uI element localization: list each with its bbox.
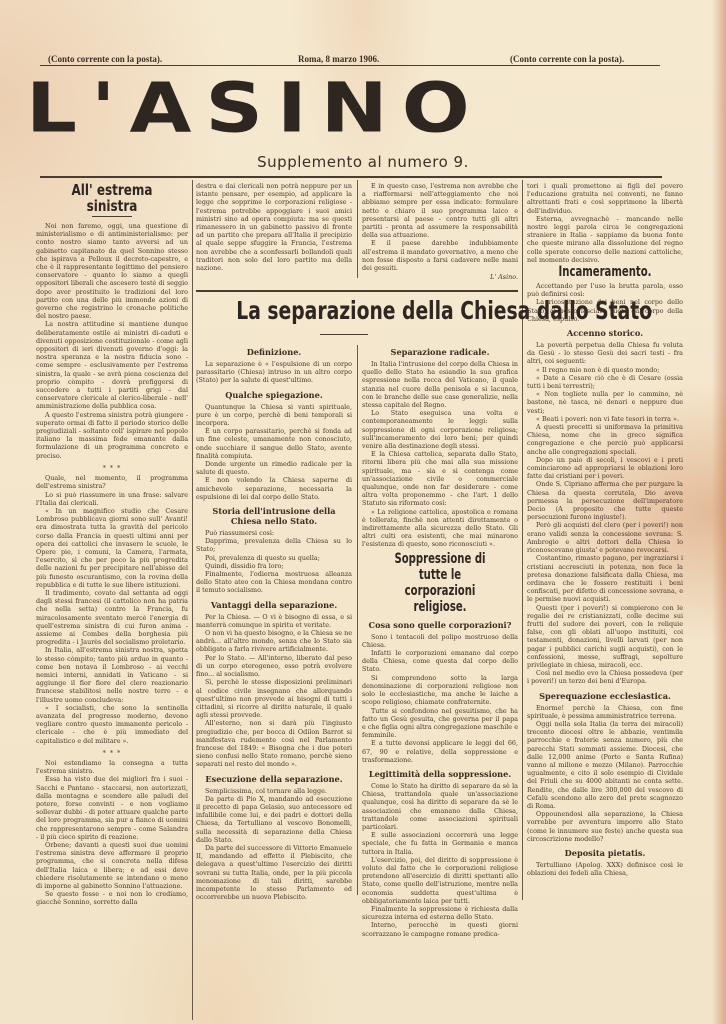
paragraph: Tutte si confondono nel gesuitismo, che … bbox=[362, 707, 518, 740]
section-stars: * * * bbox=[36, 749, 188, 757]
section-heading: Incameramento. bbox=[549, 264, 661, 280]
paragraph: « Beati i poveri: non vi fate tesori in … bbox=[527, 415, 683, 423]
paragraph: Per la Chiesa. — O vi è bisogno di essa,… bbox=[196, 613, 352, 629]
paragraph: Come lo Stato ha diritto di separare da … bbox=[362, 782, 518, 831]
paragraph: La povertà perpetua della Chiesa fu volu… bbox=[527, 341, 683, 366]
paragraph: Dopo un paio di secoli, i vescovi e i pr… bbox=[527, 456, 683, 481]
paragraph: La nostra attitudine si mantiene dunque … bbox=[36, 320, 188, 410]
title-underline bbox=[92, 216, 132, 217]
paragraph: In Italia l'intrusione del corpo della C… bbox=[362, 360, 518, 409]
header-right-note: (Conto corrente con la posta). bbox=[510, 54, 624, 64]
paragraph: Onde S. Cipriano afferma che per purgare… bbox=[527, 480, 683, 521]
paragraph: Oppounendosi alla separazione, la Chiesa… bbox=[527, 810, 683, 843]
main-article-column-b: Separazione radicale.In Italia l'intrusi… bbox=[362, 342, 518, 938]
column-divider-1 bbox=[192, 180, 193, 1020]
paragraph: E a tutte devonsi applicare le leggi del… bbox=[362, 739, 518, 764]
main-article-top-rule bbox=[196, 290, 518, 292]
section-stars: * * * bbox=[36, 464, 188, 472]
paragraph: Però gli acquisti del clero (per i pover… bbox=[527, 521, 683, 554]
section-heading: Deposita pietatis. bbox=[527, 848, 683, 858]
header-date: Roma, 8 marzo 1906. bbox=[298, 54, 379, 64]
main-article-column-a: Definizione.La separazione è « l'espulsi… bbox=[196, 342, 352, 901]
paragraph: Enorme! perchè la Chiesa, con fine spiri… bbox=[527, 704, 683, 720]
paragraph: Quale, nel momento, il programma dell'es… bbox=[36, 474, 188, 490]
section-heading: Legittimità della soppressione. bbox=[362, 769, 518, 779]
paragraph: Se questo fosse - e noi non lo crediamo,… bbox=[36, 890, 188, 906]
section-heading: Vantaggi della separazione. bbox=[196, 600, 352, 610]
paragraph: Finalmente, l'odierna mostruosa alleanza… bbox=[196, 570, 352, 595]
headline-underline bbox=[320, 334, 368, 335]
paragraph: È un corpo parassitario, perchè si fonda… bbox=[196, 427, 352, 460]
paragraph: Poi, prevalenza di questo su quella; bbox=[196, 554, 352, 562]
paragraph: Esterna, avvegnachè - mancando nelle nos… bbox=[527, 215, 683, 264]
paragraph: E non volendo la Chiesa saperne di amich… bbox=[196, 476, 352, 501]
paragraph: « I socialisti, che sono la sentinella a… bbox=[36, 704, 188, 745]
paragraph: « Non togliete nulla per lo cammino, nè … bbox=[527, 390, 683, 415]
paragraph: Così nel medio evo la Chiesa possedeva (… bbox=[527, 669, 683, 685]
column-divider-2b bbox=[357, 345, 358, 895]
paragraph: « Il regno mio non è di questo mondo; bbox=[527, 366, 683, 374]
paragraph: Orbene; davanti a questi suoi due uomini… bbox=[36, 841, 188, 890]
paragraph: Da parte del successore di Vittorio Eman… bbox=[196, 844, 352, 901]
paragraph: Per lo Stato. — All'interno, liberato da… bbox=[196, 654, 352, 679]
main-article-column-c: Incameramento.Accettando per l'uso la br… bbox=[527, 262, 683, 877]
article-continuation-col2: destra e dai clericali non potrà neppure… bbox=[196, 182, 352, 272]
paragraph: Interno, perocchè in questi giorni scorr… bbox=[362, 921, 518, 937]
column-divider-2a bbox=[357, 180, 358, 278]
section-heading: Storia dell'intrusione della Chiesa nell… bbox=[196, 506, 352, 526]
signature: L' Asino. bbox=[362, 273, 518, 281]
paragraph: In Italia, all'estrema sinistra nostra, … bbox=[36, 646, 188, 703]
header-rule-bottom bbox=[40, 176, 662, 178]
paragraph: Questi (per i poveri!) si compierono con… bbox=[527, 604, 683, 670]
paragraph: E il paese darebbe indubbiamente all'est… bbox=[362, 239, 518, 272]
paragraph: Sono i tentacoli del polipo mostruoso de… bbox=[362, 633, 518, 649]
paragraph: Accettando per l'uso la brutta parola, e… bbox=[527, 282, 683, 298]
paragraph: « In un magnifico studio che Cesare Lomb… bbox=[36, 507, 188, 589]
paragraph: « Date a Cesare ciò che è di Cesare (oss… bbox=[527, 374, 683, 390]
masthead-title: L'ASINO bbox=[26, 78, 666, 138]
paragraph: Noi non faremo, oggi, una questione di m… bbox=[36, 222, 188, 320]
paragraph: L'esercizio, poi, del diritto di soppres… bbox=[362, 856, 518, 905]
section-heading: Esecuzione della separazione. bbox=[196, 774, 352, 784]
article-continuation-col3: E in questo caso, l'estrema non avrebbe … bbox=[362, 182, 518, 281]
paragraph: E la Chiesa cattolica, separata dallo St… bbox=[362, 450, 518, 507]
paragraph: Si comprendono sotto la larga denominazi… bbox=[362, 674, 518, 707]
newspaper-page: (Conto corrente con la posta). Roma, 8 m… bbox=[0, 0, 726, 1024]
paragraph: Finalmente la soppressione è richiesta d… bbox=[362, 905, 518, 921]
paragraph: Il tradimento, covato dal settanta ad og… bbox=[36, 589, 188, 646]
paragraph: Quantunque la Chiesa si vanti spirituale… bbox=[196, 403, 352, 428]
paragraph: Noi estendiamo la consegna a tutta l'est… bbox=[36, 759, 188, 775]
paragraph: A questi precetti si uniformava la primi… bbox=[527, 423, 683, 456]
paragraph: Può riassumersi così: bbox=[196, 529, 352, 537]
section-heading: Accenno storico. bbox=[527, 328, 683, 338]
header-info-line: (Conto corrente con la posta). Roma, 8 m… bbox=[40, 52, 660, 66]
paragraph: Tertulliano (Apolog. XXX) definisce così… bbox=[527, 861, 683, 877]
masthead-subtitle: Supplemento al numero 9. bbox=[0, 153, 726, 171]
section-heading: Qualche spiegazione. bbox=[196, 390, 352, 400]
paragraph: Oggi nella sola Italia (la terra dei mir… bbox=[527, 720, 683, 810]
paragraph: Essa ha visto due dei migliori fra i suo… bbox=[36, 775, 188, 841]
article-estrema-sinistra: All' estrema sinistra Noi non faremo, og… bbox=[36, 180, 188, 907]
main-article-headline: La separazione della Chiesa dallo Stato bbox=[236, 296, 478, 326]
paragraph: Quindi, dissidio fra loro; bbox=[196, 562, 352, 570]
paragraph: Lo si può riassumere in una frase: salva… bbox=[36, 491, 188, 507]
paragraph: « La religione cattolica, apostolica e r… bbox=[362, 508, 518, 549]
paragraph: E sulle associazioni occorrerà una legge… bbox=[362, 831, 518, 856]
paragraph: Lo Stato eseguisca una volta e contempor… bbox=[362, 409, 518, 450]
section-heading: Definizione. bbox=[196, 347, 352, 357]
paragraph: Infatti le corporazioni emanano dal corp… bbox=[362, 649, 518, 674]
paragraph: Donde urgente un rimedio radicale per la… bbox=[196, 460, 352, 476]
article-continuation-col4: tori i quali promettono ai figli del pov… bbox=[527, 182, 683, 264]
column-divider-3 bbox=[522, 180, 523, 900]
paragraph: La ricostituzione dei beni nel corpo del… bbox=[527, 298, 683, 323]
article-title: All' estrema sinistra bbox=[51, 182, 173, 214]
paragraph: All'esterno, non si darà più l'ingiusto … bbox=[196, 719, 352, 768]
paragraph: Da parte di Pio X, mandando ad esecuzion… bbox=[196, 795, 352, 844]
section-heading: Separazione radicale. bbox=[362, 347, 518, 357]
paragraph: destra e dai clericali non potrà neppure… bbox=[196, 182, 352, 272]
header-left-note: (Conto corrente con la posta). bbox=[48, 54, 162, 64]
paragraph: Sì, perchè le stesse disposizioni prelim… bbox=[196, 678, 352, 719]
header-rule-top bbox=[40, 65, 660, 66]
paragraph: Dapprima, prevalenza della Chiesa su lo … bbox=[196, 537, 352, 553]
section-heading: Cosa sono quelle corporazioni? bbox=[362, 620, 518, 630]
paragraph: O non vi ha questo bisogno, e la Chiesa … bbox=[196, 629, 352, 654]
paragraph: E in questo caso, l'estrema non avrebbe … bbox=[362, 182, 518, 239]
paragraph: Costantino, rimasto pagano, per ingrazia… bbox=[527, 554, 683, 603]
paragraph: La separazione è « l'espulsione di un co… bbox=[196, 360, 352, 385]
paragraph: Semplicissima, col tornare alla legge. bbox=[196, 787, 352, 795]
paragraph: tori i quali promettono ai figli del pov… bbox=[527, 182, 683, 215]
paragraph: A questo l'estrema sinistra potrà giunge… bbox=[36, 411, 188, 460]
section-heading: Sperequazione ecclesiastica. bbox=[527, 691, 683, 701]
section-heading: Soppressione di tutte le corporazioni re… bbox=[384, 551, 496, 615]
